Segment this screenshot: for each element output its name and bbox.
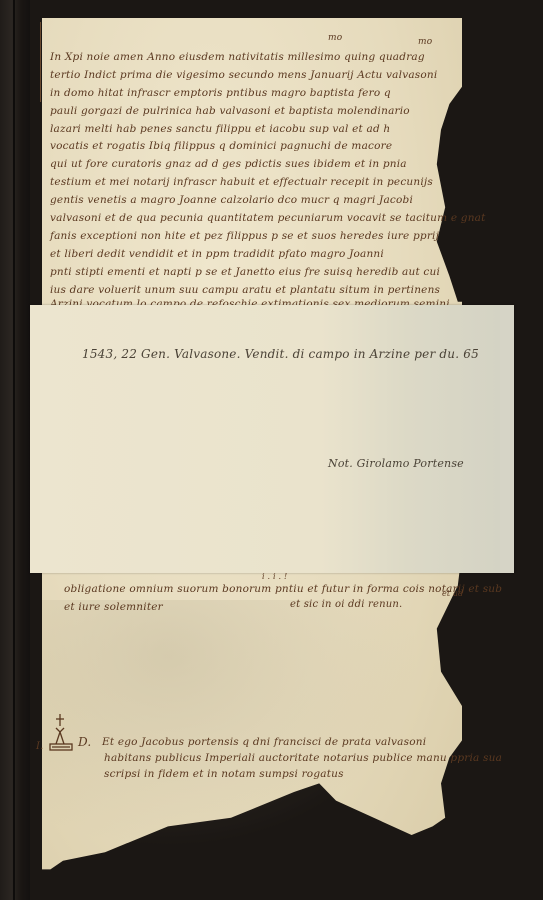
text-line-5: lazari melti hab penes sanctu filippu et… <box>50 124 390 135</box>
archival-paper-slip <box>30 305 514 573</box>
marginal-numerals: i . i . ! <box>262 573 287 581</box>
superscript-mo: mo <box>418 38 432 47</box>
lower-line-aside: et ad <box>442 590 463 598</box>
slip-right-edge <box>500 305 514 573</box>
text-line-4: pauli gorgazi de pulrinica hab valvasoni… <box>50 106 410 117</box>
notary-signature: Not. Girolamo Portense <box>328 458 464 469</box>
lower-line-1: obligatione omnium suorum bonorum pntiu … <box>64 584 502 595</box>
text-line-13: pnti stipti ementi et napti p se et Jane… <box>50 267 440 278</box>
lower-line-2: et iure solemniter <box>64 602 163 613</box>
superscript-mo: mo <box>328 34 342 43</box>
text-line-14: ius dare voluerit unum suu campu aratu e… <box>50 285 440 296</box>
initial-letter-stroke <box>40 22 46 102</box>
lower-line-2-tail: et sic in oi ddi renun. <box>290 600 402 610</box>
dark-binding-strip <box>0 0 30 900</box>
text-line-6: vocatis et rogatis Ibiq filippus q domin… <box>50 141 392 152</box>
text-line-9: gentis venetis a magro Joanne calzolario… <box>50 195 413 206</box>
subscription-line-1: Et ego Jacobus portensis q dni francisci… <box>102 737 426 748</box>
signum-letter-right: D. <box>78 736 91 748</box>
text-line-2: tertio Indict prima die vigesimo secundo… <box>50 70 437 81</box>
text-line-11: fanis exceptioni non hite et pez filippu… <box>50 231 439 242</box>
subscription-line-2: habitans publicus Imperiali auctoritate … <box>104 753 502 764</box>
binding-groove <box>13 0 15 900</box>
text-line-8: testium et mei notarij infrascr habuit e… <box>50 177 433 188</box>
text-line-3: in domo hitat infrascr emptoris pntibus … <box>50 88 391 99</box>
subscription-line-3: scripsi in fidem et in notam sumpsi roga… <box>104 769 344 780</box>
text-line-7: qui ut fore curatoris gnaz ad d ges pdic… <box>50 159 407 170</box>
text-line-1: In Xpi noie amen Anno eiusdem nativitati… <box>50 52 425 63</box>
text-line-10: valvasoni et de qua pecunia quantitatem … <box>50 213 486 224</box>
archival-note: 1543, 22 Gen. Valvasone. Vendit. di camp… <box>82 348 479 360</box>
text-line-12: et liberi dedit vendidit et in ppm tradi… <box>50 249 384 260</box>
signum-letter-left: I. <box>36 742 44 752</box>
notarial-signum-icon <box>42 712 82 756</box>
